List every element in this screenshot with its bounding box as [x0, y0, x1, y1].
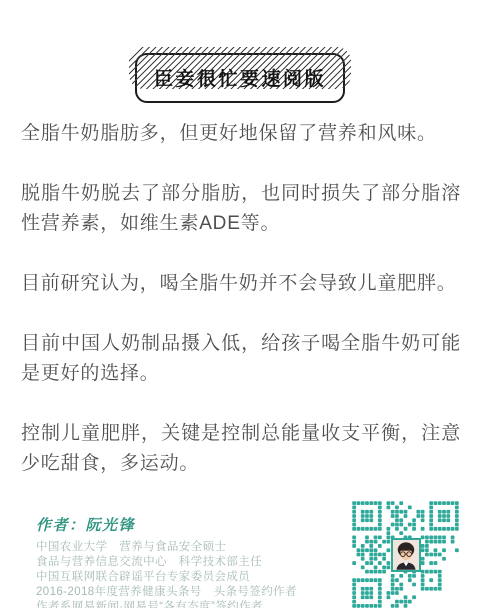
footer: 作者：阮光锋 中国农业大学 营养与食品安全硕士 食品与营养信息交流中心 科学技术…	[0, 509, 480, 608]
author-block: 作者：阮光锋 中国农业大学 营养与食品安全硕士 食品与营养信息交流中心 科学技术…	[36, 509, 297, 608]
author-name: 作者：阮光锋	[36, 514, 297, 535]
paragraph-obesity-control: 控制儿童肥胖，关键是控制总能量收支平衡，注意少吃甜食，多运动。	[21, 419, 461, 479]
title-badge-row: 臣妾很忙要速阅版	[0, 0, 480, 103]
title-badge-label: 臣妾很忙要速阅版	[154, 69, 326, 90]
credential-line: 中国互联网联合辟谣平台专家委员会成员	[36, 570, 297, 585]
qr-center-avatar	[391, 538, 421, 572]
credential-line: 中国农业大学 营养与食品安全硕士	[36, 540, 297, 555]
paragraph-whole-milk: 全脂牛奶脂肪多，但更好地保留了营养和风味。	[21, 119, 461, 149]
paragraph-research: 目前研究认为，喝全脂牛奶并不会导致儿童肥胖。	[21, 269, 461, 299]
credential-line: 食品与营养信息交流中心 科学技术部主任	[36, 555, 297, 570]
article-body: 全脂牛奶脂肪多，但更好地保留了营养和风味。 脱脂牛奶脱去了部分脂肪，也同时损失了…	[0, 103, 480, 479]
credential-line: 作者系网易新闻·网易号“各有态度”签约作者	[36, 600, 297, 608]
title-badge: 臣妾很忙要速阅版	[135, 53, 345, 103]
avatar-face-icon	[393, 540, 419, 570]
credential-line: 2016-2018年度营养健康头条号 头条号签约作者	[36, 585, 297, 600]
qr-code	[352, 501, 459, 608]
paragraph-china-dairy: 目前中国人奶制品摄入低，给孩子喝全脂牛奶可能是更好的选择。	[21, 329, 461, 389]
infographic-card: 臣妾很忙要速阅版 全脂牛奶脂肪多，但更好地保留了营养和风味。 脱脂牛奶脱去了部分…	[0, 0, 480, 608]
paragraph-skim-milk: 脱脂牛奶脱去了部分脂肪，也同时损失了部分脂溶性营养素，如维生素ADE等。	[21, 179, 461, 239]
